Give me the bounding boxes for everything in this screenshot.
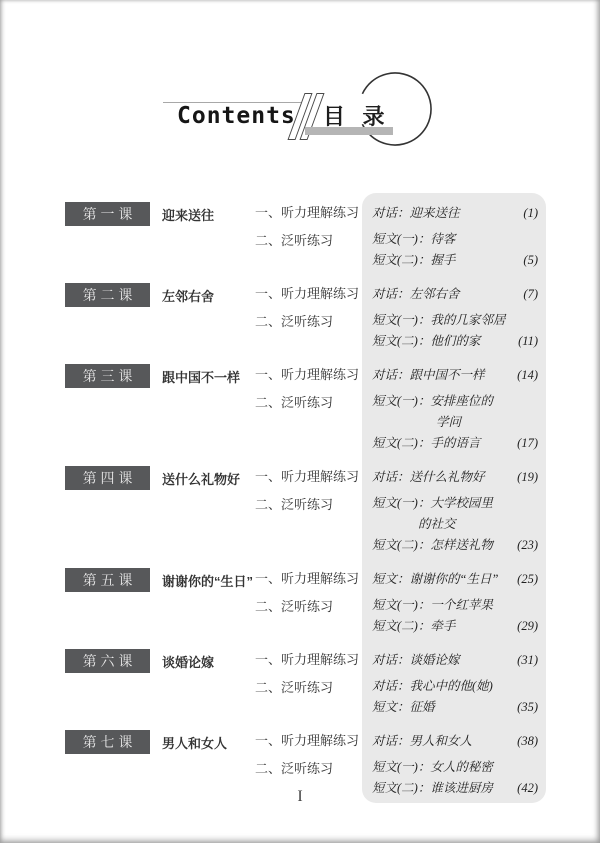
lesson-exercises: 一、听力理解练习 二、泛听练习 (255, 200, 362, 248)
entry-text: 短文(一)：大学校园里 (372, 493, 493, 514)
lesson-exercises: 一、听力理解练习 二、泛听练习 (255, 566, 362, 614)
toc-entry: 短文(一)：女人的秘密 (372, 757, 538, 778)
lesson-entries: 对话：左邻右舍 (7) 短文(一)：我的几家邻居 短文(二)：他们的家 (11) (362, 281, 546, 352)
toc-entry: 短文(二)：握手 (5) (372, 250, 538, 271)
exercise-item: 一、听力理解练习 (255, 205, 362, 220)
toc-body: 第 一 课 迎来送往 一、听力理解练习 二、泛听练习 对话：迎来送往 (1) 短… (65, 200, 546, 799)
lesson-entries: 对话：谈婚论嫁 (31) 对话：我心中的他(她) 短文：征婚 (35) (362, 647, 546, 718)
lesson-row-7: 第 七 课 男人和女人 一、听力理解练习 二、泛听练习 对话：男人和女人 (38… (65, 728, 546, 799)
entry-page: (23) (517, 535, 538, 556)
entry-text: 对话：左邻右舍 (372, 284, 460, 305)
lesson-exercises: 一、听力理解练习 二、泛听练习 (255, 647, 362, 695)
lesson-entries: 短文：谢谢你的“生日” (25) 短文(一)：一个红苹果 短文(二)：牵手 (2… (362, 566, 546, 637)
exercise-item: 二、泛听练习 (255, 233, 362, 248)
lesson-title: 男人和女人 (162, 728, 255, 752)
entry-page: (42) (517, 778, 538, 799)
lesson-title: 跟中国不一样 (162, 362, 255, 386)
entry-text: 短文：谢谢你的“生日” (372, 569, 498, 590)
lesson-title: 左邻右舍 (162, 281, 255, 305)
toc-entry: 短文(一)：我的几家邻居 (372, 310, 538, 331)
entry-text: 对话：送什么礼物好 (372, 467, 485, 488)
toc-entry: 短文(一)：待客 (372, 229, 538, 250)
entry-text: 短文(一)：一个红苹果 (372, 595, 493, 616)
page-title-english: Contents (177, 103, 296, 129)
lesson-title: 谈婚论嫁 (162, 647, 255, 671)
entry-text: 对话：谈婚论嫁 (372, 650, 460, 671)
lesson-label: 第 七 课 (65, 730, 150, 754)
entry-text: 短文(一)：女人的秘密 (372, 757, 493, 778)
entry-page: (29) (517, 616, 538, 637)
entry-text: 对话：迎来送往 (372, 203, 460, 224)
lesson-entries: 对话：送什么礼物好 (19) 短文(一)：大学校园里 的社交 短文(二)：怎样送… (362, 464, 546, 556)
lesson-label: 第 三 课 (65, 364, 150, 388)
toc-entry: 短文(二)：牵手 (29) (372, 616, 538, 637)
exercise-item: 二、泛听练习 (255, 761, 362, 776)
toc-entry: 短文(二)：他们的家 (11) (372, 331, 538, 352)
entry-page: (35) (517, 697, 538, 718)
exercise-item: 一、听力理解练习 (255, 286, 362, 301)
entry-page: (5) (523, 250, 538, 271)
lesson-exercises: 一、听力理解练习 二、泛听练习 (255, 281, 362, 329)
exercise-item: 二、泛听练习 (255, 599, 362, 614)
toc-entry: 短文(一)：安排座位的 (372, 391, 538, 412)
entry-text: 短文(二)：他们的家 (372, 331, 480, 352)
entry-continuation: 学问 (372, 412, 538, 433)
entry-page: (14) (517, 365, 538, 386)
toc-entry: 对话：左邻右舍 (7) (372, 284, 538, 305)
toc-entry: 短文(二)：怎样送礼物 (23) (372, 535, 538, 556)
toc-entry: 短文(二)：谁该进厨房 (42) (372, 778, 538, 799)
entry-page: (17) (517, 433, 538, 454)
lesson-row-1: 第 一 课 迎来送往 一、听力理解练习 二、泛听练习 对话：迎来送往 (1) 短… (65, 200, 546, 281)
toc-entry: 对话：谈婚论嫁 (31) (372, 650, 538, 671)
lesson-row-4: 第 四 课 送什么礼物好 一、听力理解练习 二、泛听练习 对话：送什么礼物好 (… (65, 464, 546, 566)
lesson-exercises: 一、听力理解练习 二、泛听练习 (255, 362, 362, 410)
exercise-item: 二、泛听练习 (255, 395, 362, 410)
exercise-item: 一、听力理解练习 (255, 469, 362, 484)
lesson-label: 第 一 课 (65, 202, 150, 226)
entry-text: 短文(二)：牵手 (372, 616, 455, 637)
lesson-title: 迎来送往 (162, 200, 255, 224)
toc-entry: 短文(一)：一个红苹果 (372, 595, 538, 616)
toc-entry: 对话：送什么礼物好 (19) (372, 467, 538, 488)
toc-entry: 对话：迎来送往 (1) (372, 203, 538, 224)
lesson-row-5: 第 五 课 谢谢你的“生日” 一、听力理解练习 二、泛听练习 短文：谢谢你的“生… (65, 566, 546, 647)
entry-page: (31) (517, 650, 538, 671)
exercise-item: 一、听力理解练习 (255, 733, 362, 748)
lesson-label: 第 五 课 (65, 568, 150, 592)
entry-page: (38) (517, 731, 538, 752)
entry-text: 短文(二)：握手 (372, 250, 455, 271)
lesson-row-3: 第 三 课 跟中国不一样 一、听力理解练习 二、泛听练习 对话：跟中国不一样 (… (65, 362, 546, 464)
exercise-item: 二、泛听练习 (255, 680, 362, 695)
page-title-chinese: 目 录 (323, 100, 391, 131)
lesson-exercises: 一、听力理解练习 二、泛听练习 (255, 728, 362, 776)
lesson-entries: 对话：迎来送往 (1) 短文(一)：待客 短文(二)：握手 (5) (362, 200, 546, 271)
toc-entry: 短文(二)：手的语言 (17) (372, 433, 538, 454)
entry-text: 短文(二)：手的语言 (372, 433, 480, 454)
lesson-entries: 对话：跟中国不一样 (14) 短文(一)：安排座位的 学问 短文(二)：手的语言… (362, 362, 546, 454)
lesson-exercises: 一、听力理解练习 二、泛听练习 (255, 464, 362, 512)
toc-entry: 短文：谢谢你的“生日” (25) (372, 569, 538, 590)
entry-text: 短文：征婚 (372, 697, 435, 718)
lesson-entries: 对话：男人和女人 (38) 短文(一)：女人的秘密 短文(二)：谁该进厨房 (4… (362, 728, 546, 799)
entry-text: 短文(二)：怎样送礼物 (372, 535, 493, 556)
entry-text: 短文(一)：待客 (372, 229, 455, 250)
entry-page: (25) (517, 569, 538, 590)
entry-text: 短文(一)：安排座位的 (372, 391, 493, 412)
entry-text: 短文(一)：我的几家邻居 (372, 310, 505, 331)
lesson-title: 谢谢你的“生日” (162, 566, 255, 590)
toc-entry: 对话：跟中国不一样 (14) (372, 365, 538, 386)
entry-continuation: 的社交 (372, 514, 538, 535)
toc-entry: 对话：男人和女人 (38) (372, 731, 538, 752)
toc-entry: 对话：我心中的他(她) (372, 676, 538, 697)
entry-text: 对话：男人和女人 (372, 731, 472, 752)
lesson-label: 第 二 课 (65, 283, 150, 307)
lesson-row-2: 第 二 课 左邻右舍 一、听力理解练习 二、泛听练习 对话：左邻右舍 (7) 短… (65, 281, 546, 362)
entry-page: (7) (523, 284, 538, 305)
lesson-title: 送什么礼物好 (162, 464, 255, 488)
exercise-item: 二、泛听练习 (255, 314, 362, 329)
toc-entry: 短文(一)：大学校园里 (372, 493, 538, 514)
entry-text: 对话：跟中国不一样 (372, 365, 485, 386)
toc-entry: 短文：征婚 (35) (372, 697, 538, 718)
lesson-row-6: 第 六 课 谈婚论嫁 一、听力理解练习 二、泛听练习 对话：谈婚论嫁 (31) … (65, 647, 546, 728)
toc-page: Contents 目 录 第 一 课 迎来送往 一、听力理解练习 二、泛听练习 … (0, 0, 600, 843)
entry-text: 短文(二)：谁该进厨房 (372, 778, 493, 799)
lesson-label: 第 六 课 (65, 649, 150, 673)
exercise-item: 一、听力理解练习 (255, 367, 362, 382)
exercise-item: 一、听力理解练习 (255, 571, 362, 586)
exercise-item: 二、泛听练习 (255, 497, 362, 512)
exercise-item: 一、听力理解练习 (255, 652, 362, 667)
entry-page: (19) (517, 467, 538, 488)
lesson-label: 第 四 课 (65, 466, 150, 490)
entry-page: (1) (523, 203, 538, 224)
entry-page: (11) (518, 331, 538, 352)
entry-text: 对话：我心中的他(她) (372, 676, 493, 697)
